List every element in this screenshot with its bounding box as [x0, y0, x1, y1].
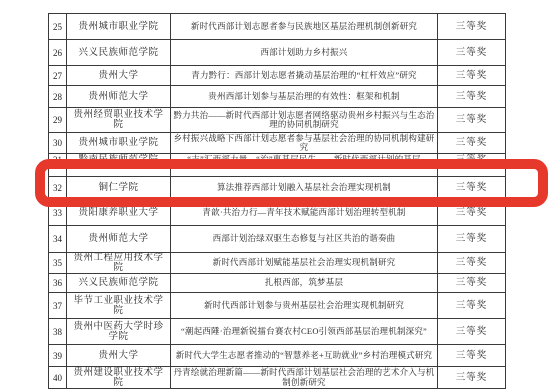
cell-award-level: 三等奖 — [438, 66, 505, 85]
cell-institution: 贵州城市职业学院 — [67, 14, 171, 39]
cell-institution: 兴义民族师范学院 — [67, 40, 171, 65]
table-row: 32 铜仁学院 算法推荐西部计划融入基层社会治理实现机制 三等奖 — [49, 177, 505, 200]
cell-rank-number: 40 — [49, 367, 67, 388]
cell-award-level: 三等奖 — [438, 367, 505, 388]
table-row: 30 贵州城市职业学院 乡村振兴战略下西部计划志愿者参与基层社会治理的协同机制构… — [49, 133, 505, 154]
table-row: 39 贵州大学 新时代大学生志愿者推动的“智慧养老+互助就业”乡村治理模式研究 … — [49, 345, 505, 367]
cell-institution: 贵州经贸职业技术学院 — [67, 108, 171, 132]
cell-project-title: 算法推荐西部计划融入基层社会治理实现机制 — [171, 177, 438, 199]
cell-institution: 兴义民族师范学院 — [67, 274, 171, 292]
cell-rank-number: 25 — [49, 14, 67, 39]
cell-project-title: 新时代西部计划参与贵州基层社会治理实现机制研究 — [171, 293, 438, 318]
cell-institution: 贵州工程应用技术学院 — [67, 253, 171, 273]
cell-project-title: 新时代西部计划志愿者参与民族地区基层治理机制创新研究 — [171, 14, 438, 39]
table-row: 26 兴义民族师范学院 西部计划助力乡村振兴 三等奖 — [49, 40, 505, 66]
cell-award-level: 三等奖 — [438, 200, 505, 225]
cell-award-level: 三等奖 — [438, 108, 505, 132]
cell-institution: 贵州师范大学 — [67, 86, 171, 107]
cell-project-title: 扎根西部，筑梦基层 — [171, 274, 438, 292]
cell-award-level: 三等奖 — [438, 253, 505, 273]
cell-award-level: 三等奖 — [438, 14, 505, 39]
cell-award-level: 三等奖 — [438, 40, 505, 65]
cell-award-level: 三等奖 — [438, 86, 505, 107]
cell-project-title: 青力黔行：西部计划志愿者撬动基层治理的“杠杆效应”研究 — [171, 66, 438, 85]
cell-institution: 贵州大学 — [67, 345, 171, 366]
cell-rank-number: 29 — [49, 108, 67, 132]
cell-rank-number: 26 — [49, 40, 67, 65]
table-row: 27 贵州大学 青力黔行：西部计划志愿者撬动基层治理的“杠杆效应”研究 三等奖 — [49, 66, 505, 86]
table-row: 40 贵州建设职业技术学院 丹青绘就治理新篇——新时代西部计划基层社会治理的艺术… — [49, 367, 505, 388]
table-row: 35 贵州工程应用技术学院 新时代西部计划赋能基层社会治理实现机制研究 三等奖 — [49, 253, 505, 274]
cell-project-title: 新时代大学生志愿者推动的“智慧养老+互助就业”乡村治理模式研究 — [171, 345, 438, 366]
cell-award-level: 三等奖 — [438, 133, 505, 153]
cell-rank-number: 38 — [49, 319, 67, 344]
table-row: 28 贵州师范大学 贵州西部计划参与基层治理的有效性：框架和机制 三等奖 — [49, 86, 505, 108]
cell-award-level: 三等奖 — [438, 345, 505, 366]
cell-project-title: 新时代西部计划赋能基层社会治理实现机制研究 — [171, 253, 438, 273]
cell-rank-number: 32 — [49, 177, 67, 199]
cell-project-title: “潮起西陲·治理新锐擂台赛农村CEO引领西部基层治理机制深究” — [171, 319, 438, 344]
cell-project-title: 乡村振兴战略下西部计划志愿者参与基层社会治理的协同机制构建研究 — [171, 133, 438, 153]
cell-award-level: 三等奖 — [438, 293, 505, 318]
cell-institution: 贵州城市职业学院 — [67, 133, 171, 153]
cell-project-title: 青歆·共治力行—青年技术赋能西部计划治理转型机制 — [171, 200, 438, 225]
cell-rank-number: 36 — [49, 274, 67, 292]
table-row: 29 贵州经贸职业技术学院 黔力共治——新时代西部计划志愿者网络驱动贵州乡村振兴… — [49, 108, 505, 133]
cell-award-level: 三等奖 — [438, 177, 505, 199]
cell-institution: 贵州建设职业技术学院 — [67, 367, 171, 388]
cell-institution: 贵州师范大学 — [67, 226, 171, 252]
cell-rank-number: 31 — [49, 154, 67, 176]
cell-rank-number: 33 — [49, 200, 67, 225]
table-row: 25 贵州城市职业学院 新时代西部计划志愿者参与民族地区基层治理机制创新研究 三… — [49, 14, 505, 40]
cell-rank-number: 28 — [49, 86, 67, 107]
cell-project-title: 黔力共治——新时代西部计划志愿者网络驱动贵州乡村振兴与生态治理的协同机制研究 — [171, 108, 438, 132]
cell-rank-number: 39 — [49, 345, 67, 366]
cell-institution: 铜仁学院 — [67, 177, 171, 199]
cell-rank-number: 30 — [49, 133, 67, 153]
cell-project-title: 丹青绘就治理新篇——新时代西部计划基层社会治理的艺术介入与机制创新研究 — [171, 367, 438, 388]
cell-rank-number: 35 — [49, 253, 67, 273]
cell-institution: 毕节工业职业技术学院 — [67, 293, 171, 318]
award-table: 25 贵州城市职业学院 新时代西部计划志愿者参与民族地区基层治理机制创新研究 三… — [48, 13, 506, 389]
cell-project-title: 贵州西部计划参与基层治理的有效性：框架和机制 — [171, 86, 438, 107]
cell-rank-number: 27 — [49, 66, 67, 85]
table-row: 33 贵阳康养职业大学 青歆·共治力行—青年技术赋能西部计划治理转型机制 三等奖 — [49, 200, 505, 226]
cell-award-level: 三等奖 — [438, 319, 505, 344]
cell-institution: 贵州中医药大学时珍学院 — [67, 319, 171, 344]
cell-award-level: 三等奖 — [438, 154, 505, 176]
cell-institution: 贵阳康养职业大学 — [67, 200, 171, 225]
cell-project-title: “志”汇西部力量，“治”惠基层民生——新时代西部计划的基层 — [171, 154, 438, 176]
cell-project-title: 西部计划助力乡村振兴 — [171, 40, 438, 65]
cell-project-title: 西部计划治绿双驱生态修复与社区共治的谐奏曲 — [171, 226, 438, 252]
cell-institution: 贵州大学 — [67, 66, 171, 85]
cell-institution: 黔南民族师范学院 — [67, 154, 171, 176]
table-row: 31 黔南民族师范学院 “志”汇西部力量，“治”惠基层民生——新时代西部计划的基… — [49, 154, 505, 177]
table-row: 37 毕节工业职业技术学院 新时代西部计划参与贵州基层社会治理实现机制研究 三等… — [49, 293, 505, 319]
table-row: 38 贵州中医药大学时珍学院 “潮起西陲·治理新锐擂台赛农村CEO引领西部基层治… — [49, 319, 505, 345]
cell-award-level: 三等奖 — [438, 226, 505, 252]
cell-rank-number: 34 — [49, 226, 67, 252]
cell-award-level: 三等奖 — [438, 274, 505, 292]
table-row: 34 贵州师范大学 西部计划治绿双驱生态修复与社区共治的谐奏曲 三等奖 — [49, 226, 505, 253]
table-row: 36 兴义民族师范学院 扎根西部，筑梦基层 三等奖 — [49, 274, 505, 293]
cell-rank-number: 37 — [49, 293, 67, 318]
